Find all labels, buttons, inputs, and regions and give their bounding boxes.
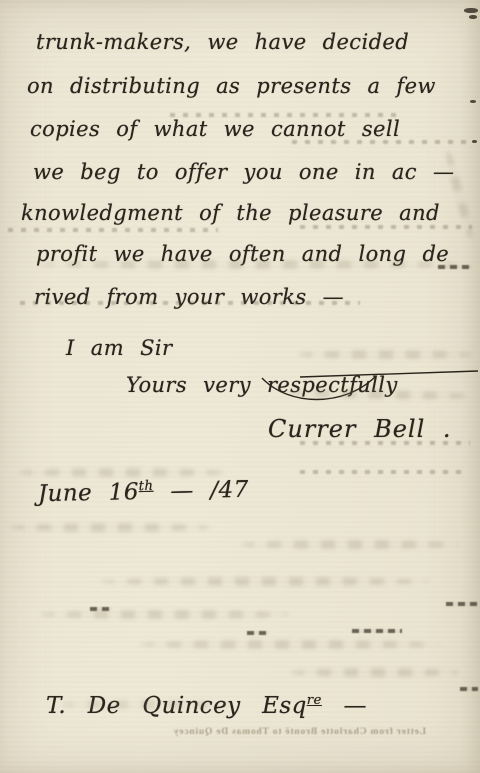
body-line-4: we beg to offer you one in ac — bbox=[33, 160, 454, 184]
bleedthrough-caption: Letter from Charlotte Brontë to Thomas D… bbox=[202, 727, 426, 737]
body-line-6: profit we have often and long de bbox=[36, 242, 449, 266]
signature-line: Currer Bell . bbox=[268, 415, 452, 443]
date-ordinal: th bbox=[139, 479, 154, 494]
body-line-1: trunk-makers, we have decided bbox=[36, 30, 409, 54]
ink-speck bbox=[470, 100, 476, 103]
ink-fleck bbox=[247, 631, 269, 635]
bleedthrough-mark bbox=[140, 640, 440, 649]
ink-fleck bbox=[446, 602, 478, 606]
bleedthrough-mark bbox=[300, 470, 465, 474]
date-year: — /47 bbox=[170, 477, 249, 505]
date-day: June 16 bbox=[38, 479, 139, 507]
bleedthrough-mark bbox=[10, 523, 210, 532]
address-line: T. De Quincey Esqre — bbox=[46, 693, 367, 719]
body-line-5: knowledgment of the pleasure and bbox=[21, 201, 440, 225]
ink-fleck bbox=[460, 687, 478, 691]
bleedthrough-mark bbox=[300, 225, 472, 229]
bleedthrough-mark bbox=[8, 228, 218, 232]
ink-speck bbox=[464, 8, 478, 13]
date-line: June 16th — /47 bbox=[38, 477, 249, 507]
addressee-name: T. De Quincey Esq bbox=[46, 693, 307, 719]
body-line-2: on distributing as presents a few bbox=[27, 74, 436, 98]
bleedthrough-mark bbox=[40, 610, 290, 619]
body-line-7: rived from your works — bbox=[34, 285, 344, 309]
bleedthrough-mark bbox=[100, 577, 430, 586]
bleedthrough-mark bbox=[240, 540, 460, 549]
ink-speck bbox=[472, 140, 477, 143]
bleedthrough-mark bbox=[290, 668, 460, 677]
salutation-line: I am Sir bbox=[66, 336, 172, 360]
ink-fleck bbox=[90, 607, 112, 611]
body-line-3: copies of what we cannot sell bbox=[30, 117, 400, 141]
ink-speck bbox=[469, 15, 477, 19]
ink-fleck bbox=[352, 629, 402, 633]
flourish-underline bbox=[248, 368, 480, 410]
bleedthrough-mark bbox=[298, 350, 473, 359]
bleedthrough-mark bbox=[18, 468, 228, 477]
letter-page: trunk-makers, we have decided on distrib… bbox=[0, 0, 480, 773]
addressee-suffix: re bbox=[307, 693, 322, 708]
addressee-dash: — bbox=[322, 693, 367, 719]
